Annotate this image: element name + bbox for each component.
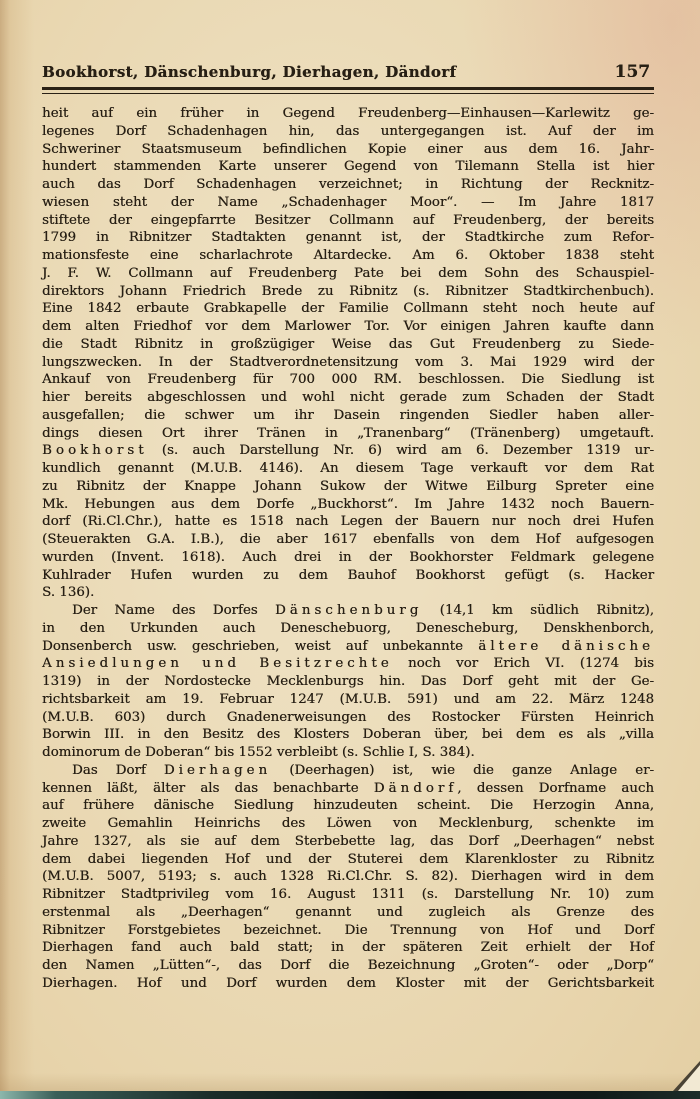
text-line: S. 136). <box>42 584 654 602</box>
letterspaced-word: Bookhorst <box>42 443 148 458</box>
text-line: Jahre 1327, als sie auf dem Sterbebette … <box>42 833 654 851</box>
body-text: heit auf ein früher in Gegend Freudenber… <box>42 105 654 993</box>
text-line: richtsbarkeit am 19. Februar 1247 (M.U.B… <box>42 691 654 709</box>
text-line: Der Name des Dorfes Dänschenburg (14,1 k… <box>42 602 654 620</box>
text-line: 1319) in der Nordostecke Mecklenburgs hi… <box>42 673 654 691</box>
text-line: Borwin III. in den Besitz des Klosters D… <box>42 726 654 744</box>
paragraph: heit auf ein früher in Gegend Freudenber… <box>42 105 654 602</box>
text-line: dorf (Ri.Cl.Chr.), hatte es 1518 nach Le… <box>42 513 654 531</box>
text-line: zweite Gemahlin Heinrichs des Löwen von … <box>42 815 654 833</box>
scan-bottom-edge <box>0 1091 700 1099</box>
text-line: wiesen steht der Name „Schadenhager Moor… <box>42 194 654 212</box>
text-line: J. F. W. Collmann auf Freudenberg Pate b… <box>42 265 654 283</box>
text-line: wurden (Invent. 1618). Auch drei in der … <box>42 549 654 567</box>
letterspaced-word: ältere dänische <box>478 639 654 654</box>
text-line: 1799 in Ribnitzer Stadtakten genannt ist… <box>42 229 654 247</box>
text-line: (M.U.B. 5007, 5193; s. auch 1328 Ri.Cl.C… <box>42 868 654 886</box>
text-line: mationsfeste eine scharlachrote Altardec… <box>42 247 654 265</box>
text-line: (Steuerakten G.A. I.B.), die aber 1617 e… <box>42 531 654 549</box>
text-line: Ankauf von Freudenberg für 700 000 RM. b… <box>42 371 654 389</box>
text-line: auf frühere dänische Siedlung hinzudeute… <box>42 797 654 815</box>
letterspaced-word: Dierhagen <box>164 763 271 778</box>
letterspaced-word: Dänschenburg <box>275 603 422 618</box>
text-line: hier bereits abgeschlossen und wohl nich… <box>42 389 654 407</box>
text-line: in den Urkunden auch Deneschebuorg, Dene… <box>42 620 654 638</box>
text-line: Das Dorf Dierhagen (Deerhagen) ist, wie … <box>42 762 654 780</box>
text-line: Eine 1842 erbaute Grabkapelle der Famili… <box>42 300 654 318</box>
text-line: kundlich genannt (M.U.B. 4146). An diese… <box>42 460 654 478</box>
header-rule <box>42 87 654 94</box>
page-corner-fold <box>678 1065 700 1091</box>
page-content: Bookhorst, Dänschenburg, Dierhagen, Dänd… <box>42 62 654 993</box>
text-line: kennen läßt, älter als das benachbarte D… <box>42 780 654 798</box>
text-line: dem alten Friedhof vor dem Marlower Tor.… <box>42 318 654 336</box>
text-line: (M.U.B. 603) durch Gnadenerweisungen des… <box>42 709 654 727</box>
paragraph: Der Name des Dorfes Dänschenburg (14,1 k… <box>42 602 654 762</box>
text-line: die Stadt Ribnitz in großzügiger Weise d… <box>42 336 654 354</box>
text-line: stiftete der eingepfarrte Besitzer Collm… <box>42 212 654 230</box>
text-line: Dierhagen. Hof und Dorf wurden dem Klost… <box>42 975 654 993</box>
text-line: den Namen „Lütten“-, das Dorf die Bezeic… <box>42 957 654 975</box>
text-line: dem dabei liegenden Hof und der Stuterei… <box>42 851 654 869</box>
letterspaced-word: Dändorf <box>374 781 457 796</box>
text-line: erstenmal als „Deerhagen“ genannt und zu… <box>42 904 654 922</box>
running-title: Bookhorst, Dänschenburg, Dierhagen, Dänd… <box>42 63 456 81</box>
paragraph: Das Dorf Dierhagen (Deerhagen) ist, wie … <box>42 762 654 993</box>
text-line: zu Ribnitz der Knappe Johann Sukow der W… <box>42 478 654 496</box>
text-line: Dierhagen fand auch bald statt; in der s… <box>42 939 654 957</box>
text-line: heit auf ein früher in Gegend Freudenber… <box>42 105 654 123</box>
text-line: Ansiedlungen und Besitzrechte noch vor E… <box>42 655 654 673</box>
text-line: ausgefallen; die schwer um ihr Dasein ri… <box>42 407 654 425</box>
letterspaced-word: Ansiedlungen und Besitzrechte <box>42 656 393 671</box>
text-line: Ribnitzer Stadtprivileg vom 16. August 1… <box>42 886 654 904</box>
scanned-book-page: Bookhorst, Dänschenburg, Dierhagen, Dänd… <box>0 0 700 1099</box>
text-line: dominorum de Doberan“ bis 1552 verbleibt… <box>42 744 654 762</box>
text-line: auch das Dorf Schadenhagen verzeichnet; … <box>42 176 654 194</box>
text-line: direktors Johann Friedrich Brede zu Ribn… <box>42 283 654 301</box>
text-line: Mk. Hebungen aus dem Dorfe „Buckhorst“. … <box>42 496 654 514</box>
text-line: Ribnitzer Forstgebietes bezeichnet. Die … <box>42 922 654 940</box>
text-line: Kuhlrader Hufen wurden zu dem Bauhof Boo… <box>42 567 654 585</box>
text-line: legenes Dorf Schadenhagen hin, das unter… <box>42 123 654 141</box>
text-line: Schweriner Staatsmuseum befindlichen Kop… <box>42 141 654 159</box>
page-number: 157 <box>615 62 655 82</box>
text-line: dings diesen Ort ihrer Tränen in „Tranen… <box>42 425 654 443</box>
text-line: Donsenberch usw. geschrieben, weist auf … <box>42 638 654 656</box>
text-line: Bookhorst (s. auch Darstellung Nr. 6) wi… <box>42 442 654 460</box>
text-line: lungszwecken. In der Stadtverordnetensit… <box>42 354 654 372</box>
text-line: hundert stammenden Karte unserer Gegend … <box>42 158 654 176</box>
page-header: Bookhorst, Dänschenburg, Dierhagen, Dänd… <box>42 62 654 82</box>
